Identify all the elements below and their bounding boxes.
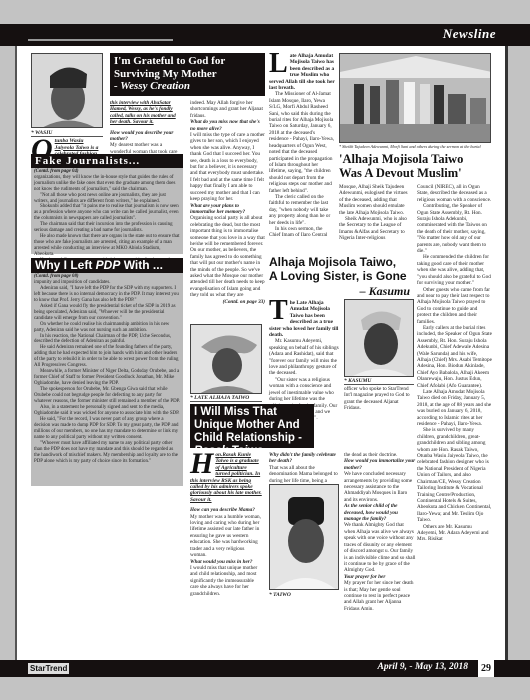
rasak-photo <box>269 484 339 590</box>
rasak-headline: I Will Miss That Unique Mother And Child… <box>190 404 314 448</box>
late-alhaja-caption: * LATE ALHAJA TAIWO <box>190 395 262 402</box>
section-header-bar: Newsline <box>0 24 530 46</box>
pdp-article: Why I Left PDP With ... (Contd. from pag… <box>31 258 183 486</box>
startrend-logo: StarTrend <box>28 663 69 674</box>
late-alhaja-photo <box>190 324 262 394</box>
rasak-column-1: Hon.Rasak Kunle Taiwo is a graduate of A… <box>190 452 262 597</box>
kasumu-column-2: officer who spoke to StarTrend Int'l mag… <box>344 386 414 412</box>
page-number: 29 <box>478 660 494 677</box>
devout-column-2: Mosque, Alhaji Sheik Tajudeen Adewunmi, … <box>339 184 409 242</box>
pdp-headline: Why I Left PDP With ... <box>31 258 183 273</box>
wessy-column-2: indeed. May Allah forgive her shortcomin… <box>190 100 265 305</box>
devout-column-1: Late Alhaja Amudat Mojisola Taiwo has be… <box>269 53 335 239</box>
section-label: Newsline <box>443 26 496 42</box>
kasumu-photo <box>344 299 414 377</box>
devout-headline: 'Alhaja Mojisola Taiwo Was A Devout Musl… <box>339 152 499 180</box>
wasiu-photo <box>31 53 103 128</box>
burial-photo-caption: * Sheikh Tajudeen Adewunmi, Morfi Sani a… <box>339 144 491 149</box>
kasumu-byline: – Kasumu <box>335 284 410 299</box>
burial-sermon-photo <box>339 53 491 143</box>
kasumu-caption: * KASUMU <box>344 378 414 385</box>
newspaper-page: * WASIU Otunba Wasiu Jaiyeola Taiwo is a… <box>15 46 505 660</box>
issue-date: April 9, - May 13, 2018 <box>377 662 468 672</box>
header-rule <box>28 39 173 41</box>
fake-journalists-article: Fake Journalists... (Contd. from page 04… <box>31 154 183 254</box>
page-edge <box>505 46 508 660</box>
rasak-photo-caption: * TAIWO <box>269 592 339 598</box>
kasumu-headline: Alhaja Mojisola Taiwo, A Loving Sister, … <box>269 256 414 283</box>
fake-journalists-headline: Fake Journalists... <box>31 154 183 168</box>
rasak-column-3: the dead as their doctrine. How would yo… <box>344 452 416 612</box>
page-footer: StarTrend April 9, - May 13, 2018 29 <box>0 660 530 677</box>
wessy-headline: I'm Grateful to God for Surviving My Mot… <box>110 53 265 96</box>
devout-column-3: Council (NIREC), all in Ogun State, desc… <box>417 184 492 543</box>
